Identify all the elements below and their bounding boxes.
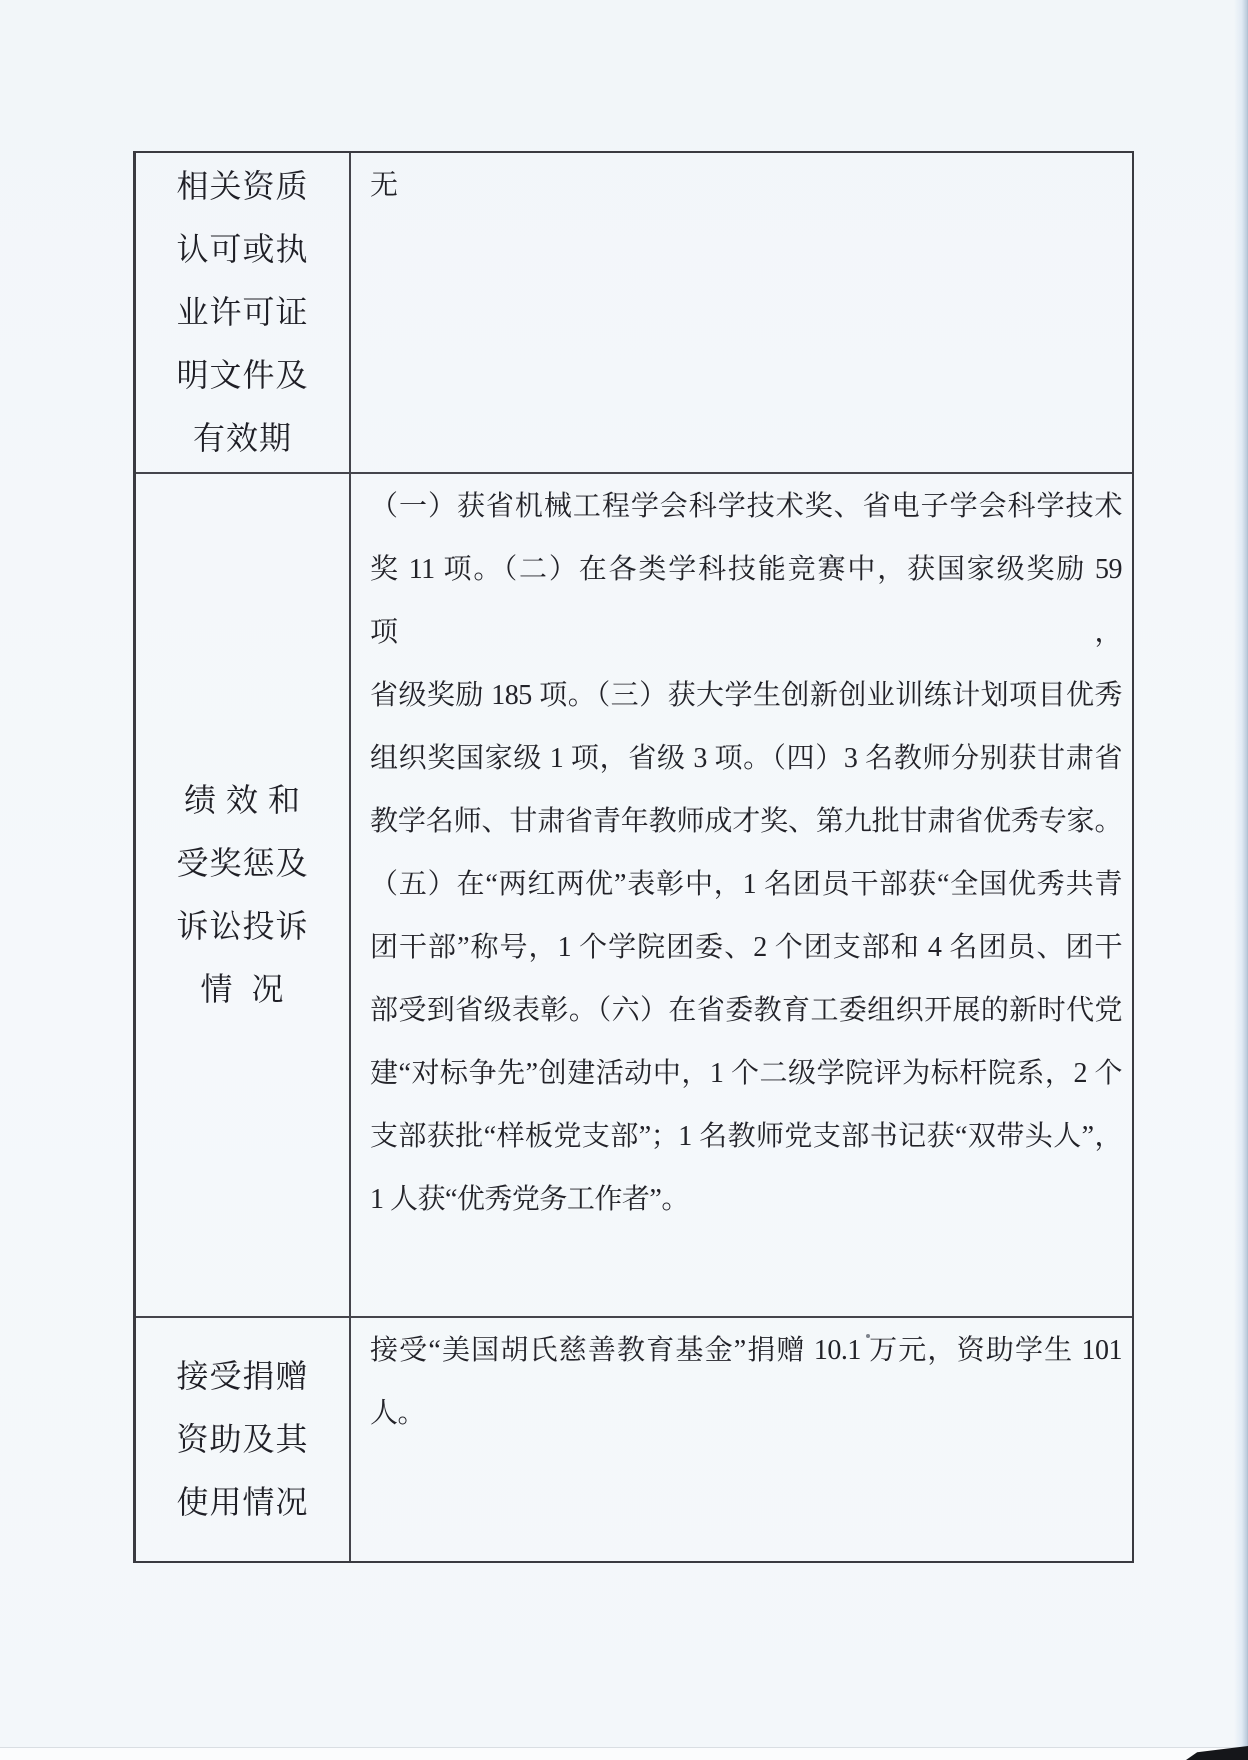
row-content-qualifications: 无 — [349, 153, 1132, 472]
text-line: 团干部”称号，1 个学院团委、2 个团支部和 4 名团员、团干 — [370, 916, 1122, 979]
annual-report-table: 相关资质 认可或执 业许可证 明文件及 有效期 无 绩 效 和 受奖惩及 诉讼投… — [133, 151, 1134, 1563]
text-line: 教学名师、甘肃省青年教师成才奖、第九批甘肃省优秀专家。 — [370, 790, 1122, 853]
text-line: 人。 — [370, 1382, 1122, 1445]
scan-edge-right — [1234, 0, 1248, 1760]
text-line: 部受到省级表彰。（六）在省委教育工委组织开展的新时代党 — [370, 979, 1122, 1042]
header-line: 相关资质 — [176, 155, 308, 218]
header-line: 业许可证 — [176, 281, 308, 344]
text-line: （一）获省机械工程学会科学技术奖、省电子学会科学技术 — [370, 475, 1122, 538]
row-content-performance: （一）获省机械工程学会科学技术奖、省电子学会科学技术 奖 11 项。（二）在各类… — [349, 472, 1132, 1316]
header-line: 使用情况 — [176, 1471, 308, 1534]
row-header-performance: 绩 效 和 受奖惩及 诉讼投诉 情 况 — [136, 472, 349, 1316]
header-line: 明文件及 — [176, 344, 308, 407]
header-line: 认可或执 — [176, 218, 308, 281]
text-line: 支部获批“样板党支部”；1 名教师党支部书记获“双带头人”， — [370, 1105, 1122, 1168]
header-line: 绩 效 和 — [184, 769, 301, 832]
header-line: 诉讼投诉 — [176, 895, 308, 958]
text-line: （五）在“两红两优”表彰中，1 名团员干部获“全国优秀共青 — [370, 853, 1122, 916]
text-line: 奖 11 项。（二）在各类学科技能竞赛中，获国家级奖励 59 项， — [370, 538, 1122, 664]
text-line: 省级奖励 185 项。（三）获大学生创新创业训练计划项目优秀 — [370, 664, 1122, 727]
row-content-donations: 接受“美国胡氏慈善教育基金”捐赠 10.1 万元，资助学生 101 人。 — [349, 1316, 1132, 1561]
row-header-donations: 接受捐赠 资助及其 使用情况 — [136, 1316, 349, 1561]
header-line: 有效期 — [193, 407, 292, 470]
text-line: 无 — [370, 154, 1122, 217]
header-line: 受奖惩及 — [176, 832, 308, 895]
header-line: 接受捐赠 — [176, 1345, 308, 1408]
text-line: 接受“美国胡氏慈善教育基金”捐赠 10.1 万元，资助学生 101 — [370, 1319, 1122, 1382]
scanned-document-page: 相关资质 认可或执 业许可证 明文件及 有效期 无 绩 效 和 受奖惩及 诉讼投… — [0, 0, 1248, 1760]
scan-edge-bottom — [0, 1747, 1248, 1760]
header-line: 情 况 — [200, 958, 284, 1021]
text-line: 1 人获“优秀党务工作者”。 — [370, 1168, 1122, 1231]
text-line: 建“对标争先”创建活动中，1 个二级学院评为标杆院系，2 个 — [370, 1042, 1122, 1105]
header-line: 资助及其 — [176, 1408, 308, 1471]
text-line: 组织奖国家级 1 项，省级 3 项。（四）3 名教师分别获甘肃省 — [370, 727, 1122, 790]
scan-speck — [866, 1334, 870, 1338]
row-header-qualifications: 相关资质 认可或执 业许可证 明文件及 有效期 — [136, 153, 349, 472]
